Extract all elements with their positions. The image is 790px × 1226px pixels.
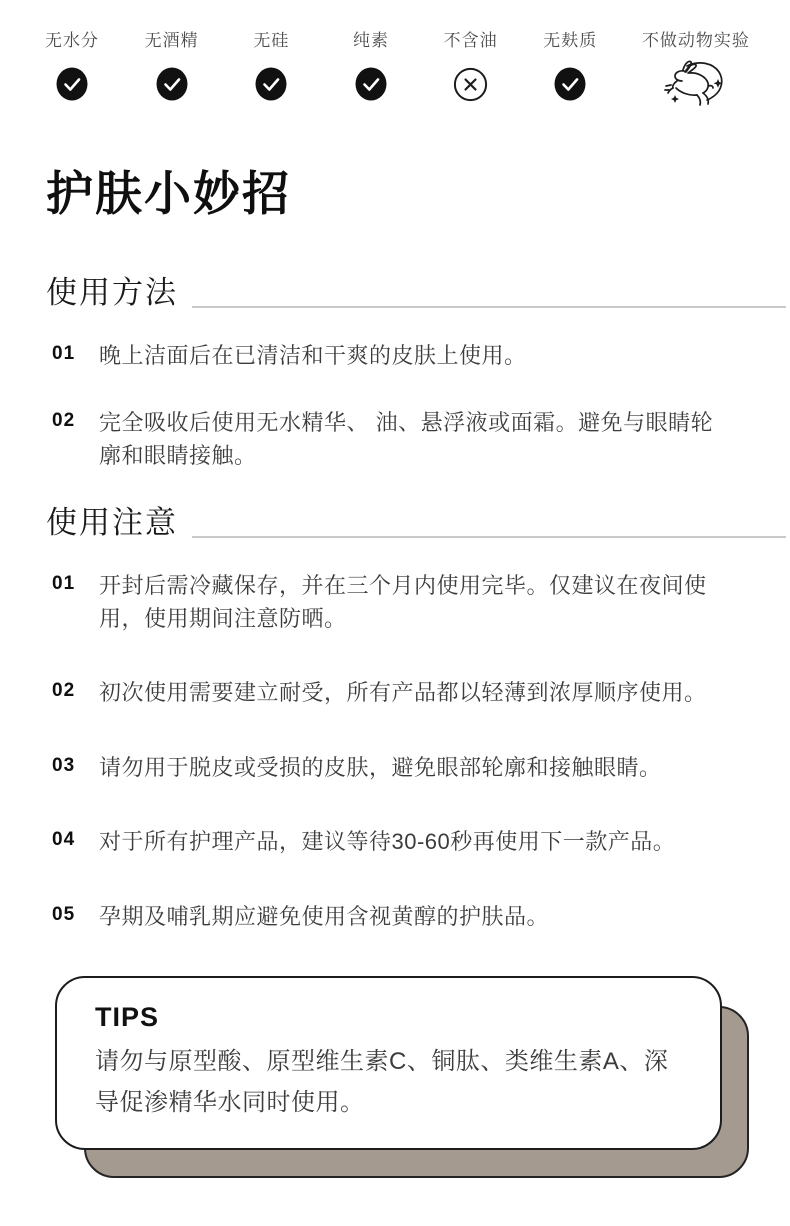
page-title: 护肤小妙招: [46, 166, 790, 222]
check-circle-icon: [355, 64, 387, 104]
list-item: 02 完全吸收后使用无水精华、 油、悬浮液或面霜。避免与眼睛轮廓和眼睛接触。: [0, 407, 790, 472]
feature-badges-row: 无水分 无酒精 无硅 纯素 不含油: [0, 0, 790, 104]
item-number: 03: [52, 752, 99, 777]
item-text: 孕期及哺乳期应避免使用含视黄醇的护肤品。: [99, 901, 549, 934]
badge-label: 无水分: [45, 26, 99, 51]
cross-circle-icon: [453, 64, 488, 104]
check-circle-icon: [255, 64, 287, 104]
list-item: 02 初次使用需要建立耐受，所有产品都以轻薄到浓厚顺序使用。: [0, 677, 790, 710]
usage-notes-list: 01 开封后需冷藏保存，并在三个月内使用完毕。仅建议在夜间使用，使用期间注意防晒…: [0, 570, 790, 933]
product-info-page: 无水分 无酒精 无硅 纯素 不含油: [0, 0, 790, 1226]
section-heading-usage-notes: 使用注意: [46, 506, 786, 540]
section-title: 使用方法: [46, 276, 178, 310]
badge-oil-free: 不含油: [443, 26, 499, 104]
list-item: 03 请勿用于脱皮或受损的皮肤，避免眼部轮廓和接触眼睛。: [0, 752, 790, 785]
item-number: 02: [52, 407, 99, 432]
list-item: 01 开封后需冷藏保存，并在三个月内使用完毕。仅建议在夜间使用，使用期间注意防晒…: [0, 570, 790, 635]
item-text: 完全吸收后使用无水精华、 油、悬浮液或面霜。避免与眼睛轮廓和眼睛接触。: [99, 407, 717, 472]
list-item: 01 晚上洁面后在已清洁和干爽的皮肤上使用。: [0, 340, 790, 373]
item-text: 晚上洁面后在已清洁和干爽的皮肤上使用。: [99, 340, 527, 373]
item-number: 04: [52, 826, 99, 851]
section-title: 使用注意: [46, 506, 178, 540]
item-number: 05: [52, 901, 99, 926]
badge-gluten-free: 无麸质: [542, 26, 598, 104]
badge-label: 无酒精: [145, 26, 199, 51]
badge-silicone-free: 无硅: [243, 26, 299, 104]
badge-label: 无硅: [253, 26, 289, 51]
tips-body: 请勿与原型酸、原型维生素C、铜肽、类维生素A、深导促渗精华水同时使用。: [95, 1041, 670, 1124]
item-number: 01: [52, 570, 99, 595]
section-heading-usage-method: 使用方法: [46, 276, 786, 310]
item-number: 01: [52, 340, 99, 365]
badge-cruelty-free: 不做动物实验: [642, 26, 750, 104]
badge-label: 不含油: [444, 26, 498, 51]
check-circle-icon: [56, 64, 88, 104]
tips-card-front: TIPS 请勿与原型酸、原型维生素C、铜肽、类维生素A、深导促渗精华水同时使用。: [55, 976, 722, 1150]
list-item: 04 对于所有护理产品，建议等待30-60秒再使用下一款产品。: [0, 826, 790, 859]
badge-label: 不做动物实验: [642, 26, 750, 51]
list-item: 05 孕期及哺乳期应避免使用含视黄醇的护肤品。: [0, 901, 790, 934]
heading-underline: [192, 536, 786, 538]
tips-card: TIPS 请勿与原型酸、原型维生素C、铜肽、类维生素A、深导促渗精华水同时使用。: [55, 976, 755, 1184]
tips-heading: TIPS: [95, 1002, 690, 1033]
check-circle-icon: [156, 64, 188, 104]
leaping-bunny-icon: [663, 64, 729, 104]
badge-label: 纯素: [353, 26, 389, 51]
badge-vegan: 纯素: [343, 26, 399, 104]
item-text: 初次使用需要建立耐受，所有产品都以轻薄到浓厚顺序使用。: [99, 677, 707, 710]
usage-method-list: 01 晚上洁面后在已清洁和干爽的皮肤上使用。 02 完全吸收后使用无水精华、 油…: [0, 340, 790, 472]
check-circle-icon: [554, 64, 586, 104]
badge-water-free: 无水分: [44, 26, 100, 104]
heading-underline: [192, 306, 786, 308]
item-text: 对于所有护理产品，建议等待30-60秒再使用下一款产品。: [99, 826, 675, 859]
badge-alcohol-free: 无酒精: [144, 26, 200, 104]
item-number: 02: [52, 677, 99, 702]
item-text: 请勿用于脱皮或受损的皮肤，避免眼部轮廓和接触眼睛。: [99, 752, 662, 785]
item-text: 开封后需冷藏保存，并在三个月内使用完毕。仅建议在夜间使用，使用期间注意防晒。: [99, 570, 717, 635]
badge-label: 无麸质: [543, 26, 597, 51]
